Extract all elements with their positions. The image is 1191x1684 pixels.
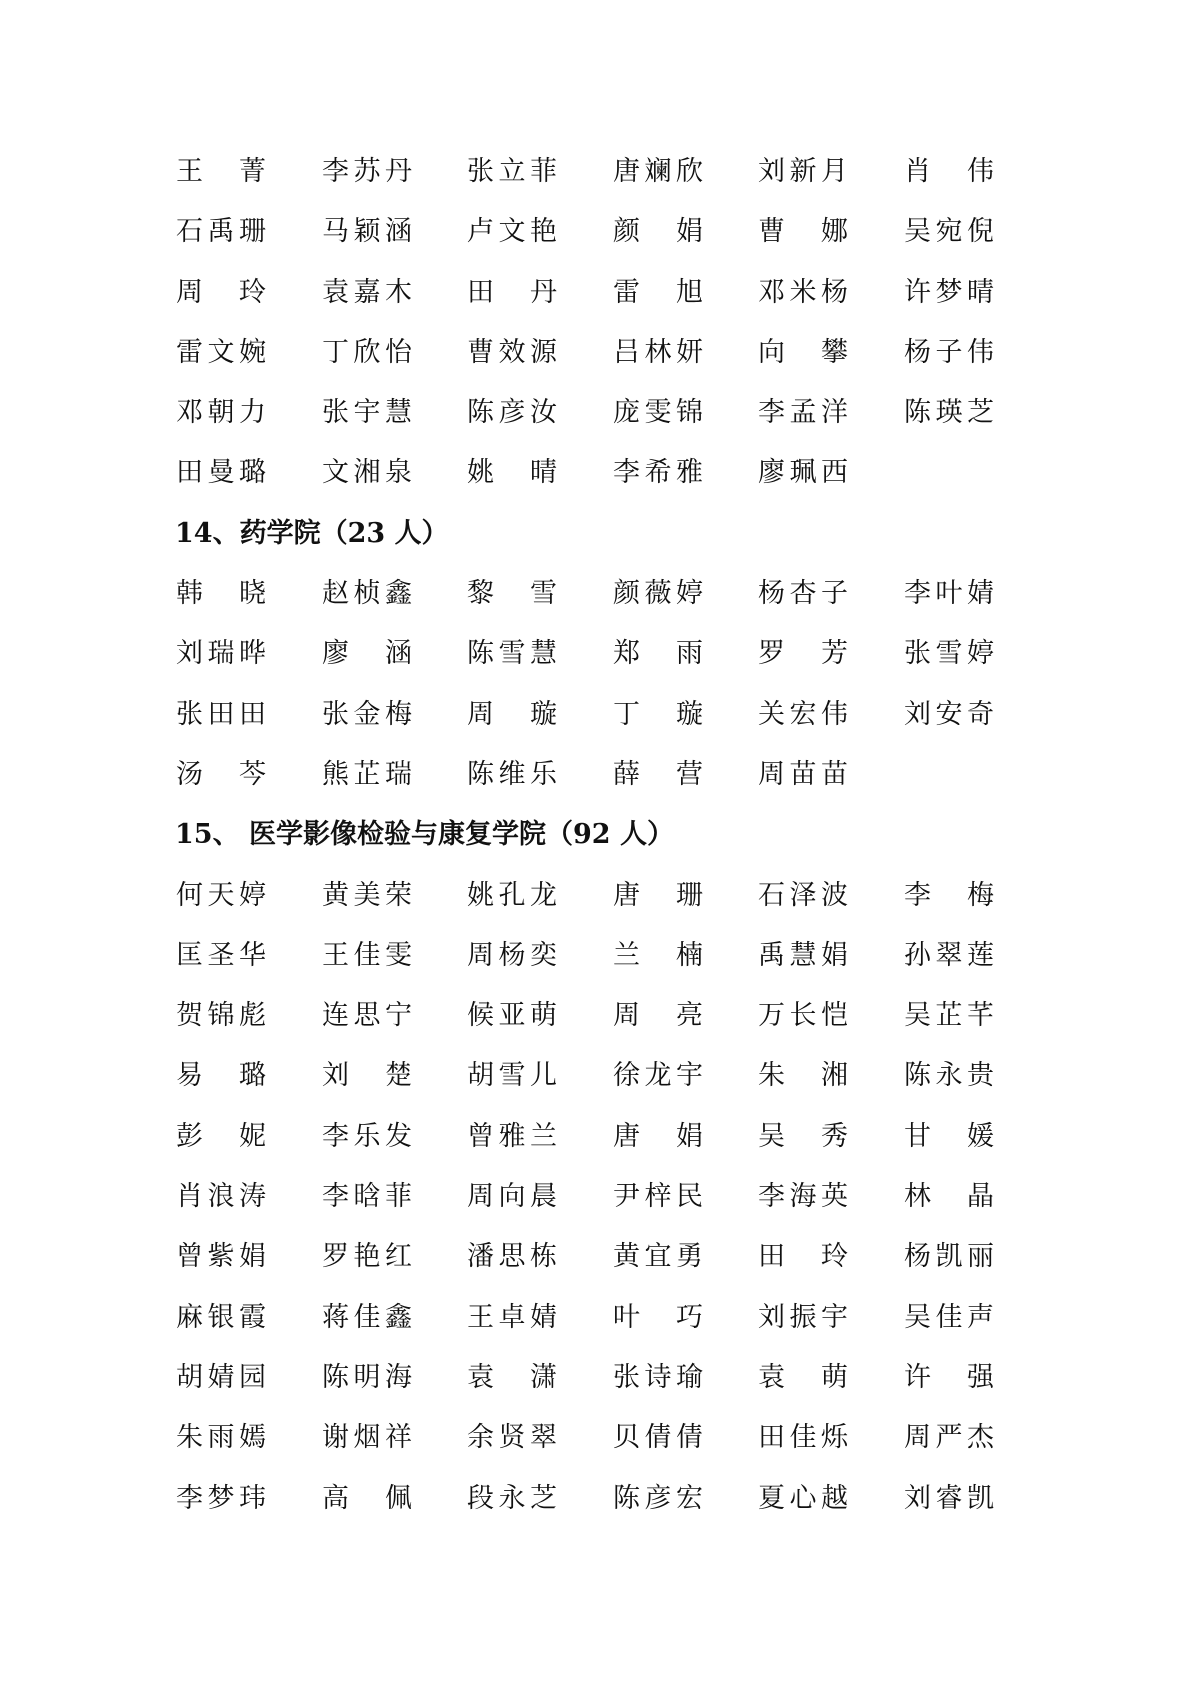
section-0-row: 刘瑞晔廖涵陈雪慧郑雨罗芳张雪婷 xyxy=(175,634,1015,694)
person-name: 吴芷芊 xyxy=(903,996,995,1036)
person-name: 丁欣怡 xyxy=(321,333,413,373)
person-name: 彭妮 xyxy=(175,1117,267,1157)
person-name: 罗艳红 xyxy=(321,1237,413,1277)
person-name: 刘安奇 xyxy=(903,695,995,735)
person-name: 孙翠莲 xyxy=(903,936,995,976)
person-name: 石禹珊 xyxy=(175,212,267,252)
section-0-row: 韩晓赵桢鑫黎雪颜薇婷杨杏子李叶婧 xyxy=(175,574,1015,634)
person-name: 文湘泉 xyxy=(321,453,413,493)
person-name: 肖伟 xyxy=(903,152,995,192)
section-1-row: 贺锦彪连思宁候亚萌周亮万长恺吴芷芊 xyxy=(175,996,1015,1056)
person-name: 张雪婷 xyxy=(903,634,995,674)
section-1-row: 彭妮李乐发曾雅兰唐娟吴秀甘媛 xyxy=(175,1117,1015,1177)
person-name: 陈永贵 xyxy=(903,1056,995,1096)
person-name: 田曼璐 xyxy=(175,453,267,493)
person-name: 邓朝力 xyxy=(175,393,267,433)
continued-section-row: 周玲袁嘉木田丹雷旭邓米杨许梦晴 xyxy=(175,273,1015,333)
person-name: 陈彦宏 xyxy=(612,1479,704,1519)
person-name: 张诗瑜 xyxy=(612,1358,704,1398)
person-name: 李孟洋 xyxy=(757,393,849,433)
person-name: 袁潇 xyxy=(466,1358,558,1398)
continued-section-row: 王菁李苏丹张立菲唐斓欣刘新月肖伟 xyxy=(175,152,1015,212)
person-name: 张金梅 xyxy=(321,695,413,735)
person-name: 曾雅兰 xyxy=(466,1117,558,1157)
person-name: 颜薇婷 xyxy=(612,574,704,614)
person-name: 刘睿凯 xyxy=(903,1479,995,1519)
person-name: 姚晴 xyxy=(466,453,558,493)
section-heading: 14、药学院（23 人） xyxy=(175,514,1015,574)
person-name: 韩晓 xyxy=(175,574,267,614)
continued-section-row: 雷文婉丁欣怡曹效源吕林妍向攀杨子伟 xyxy=(175,333,1015,393)
person-name: 尹梓民 xyxy=(612,1177,704,1217)
person-name: 易璐 xyxy=(175,1056,267,1096)
person-name: 周亮 xyxy=(612,996,704,1036)
section-1-row: 胡婧园陈明海袁潇张诗瑜袁萌许强 xyxy=(175,1358,1015,1418)
person-name: 袁嘉木 xyxy=(321,273,413,313)
person-name: 许强 xyxy=(903,1358,995,1398)
person-name: 汤芩 xyxy=(175,755,267,795)
person-name: 朱湘 xyxy=(757,1056,849,1096)
person-name: 田玲 xyxy=(757,1237,849,1277)
person-name: 姚孔龙 xyxy=(466,876,558,916)
person-name: 李海英 xyxy=(757,1177,849,1217)
person-name: 罗芳 xyxy=(757,634,849,674)
person-name: 肖浪涛 xyxy=(175,1177,267,1217)
section-1-row: 匡圣华王佳雯周杨奕兰楠禹慧娟孙翠莲 xyxy=(175,936,1015,996)
person-name: 陈瑛芝 xyxy=(903,393,995,433)
person-name: 张田田 xyxy=(175,695,267,735)
person-name: 周玲 xyxy=(175,273,267,313)
person-name: 周严杰 xyxy=(903,1418,995,1458)
person-name: 许梦晴 xyxy=(903,273,995,313)
section-heading: 15、 医学影像检验与康复学院（92 人） xyxy=(175,815,1015,875)
person-name: 李苏丹 xyxy=(321,152,413,192)
person-name: 唐珊 xyxy=(612,876,704,916)
person-name: 李乐发 xyxy=(321,1117,413,1157)
person-name: 李梅 xyxy=(903,876,995,916)
person-name: 曹娜 xyxy=(757,212,849,252)
person-name: 吴宛倪 xyxy=(903,212,995,252)
person-name: 王卓婧 xyxy=(466,1298,558,1338)
person-name: 贺锦彪 xyxy=(175,996,267,1036)
person-name: 陈彦汝 xyxy=(466,393,558,433)
person-name: 唐斓欣 xyxy=(612,152,704,192)
person-name: 王佳雯 xyxy=(321,936,413,976)
person-name: 李晗菲 xyxy=(321,1177,413,1217)
person-name: 郑雨 xyxy=(612,634,704,674)
person-name: 廖涵 xyxy=(321,634,413,674)
person-name: 黄美荣 xyxy=(321,876,413,916)
person-name: 周杨奕 xyxy=(466,936,558,976)
person-name: 朱雨嫣 xyxy=(175,1418,267,1458)
person-name: 向攀 xyxy=(757,333,849,373)
person-name: 曾紫娟 xyxy=(175,1237,267,1277)
person-name: 黄宜勇 xyxy=(612,1237,704,1277)
section-0-row: 张田田张金梅周璇丁璇关宏伟刘安奇 xyxy=(175,695,1015,755)
person-name: 陈明海 xyxy=(321,1358,413,1398)
person-name: 张宇慧 xyxy=(321,393,413,433)
continued-section-row: 石禹珊马颖涵卢文艳颜娟曹娜吴宛倪 xyxy=(175,212,1015,272)
person-name: 刘新月 xyxy=(757,152,849,192)
person-name: 李梦玮 xyxy=(175,1479,267,1519)
person-name: 麻银霞 xyxy=(175,1298,267,1338)
person-name: 庞雯锦 xyxy=(612,393,704,433)
person-name: 万长恺 xyxy=(757,996,849,1036)
person-name: 曹效源 xyxy=(466,333,558,373)
person-name: 石泽波 xyxy=(757,876,849,916)
person-name: 禹慧娟 xyxy=(757,936,849,976)
name-list: 王菁李苏丹张立菲唐斓欣刘新月肖伟石禹珊马颖涵卢文艳颜娟曹娜吴宛倪周玲袁嘉木田丹雷… xyxy=(175,152,1015,1539)
person-name: 吴秀 xyxy=(757,1117,849,1157)
section-1-row: 易璐刘楚胡雪儿徐龙宇朱湘陈永贵 xyxy=(175,1056,1015,1116)
person-name: 刘瑞晔 xyxy=(175,634,267,674)
person-name: 潘思栋 xyxy=(466,1237,558,1277)
person-name: 陈雪慧 xyxy=(466,634,558,674)
person-name: 丁璇 xyxy=(612,695,704,735)
person-name: 黎雪 xyxy=(466,574,558,614)
section-1-row: 朱雨嫣谢烟祥余贤翠贝倩倩田佳烁周严杰 xyxy=(175,1418,1015,1478)
person-name: 刘振宇 xyxy=(757,1298,849,1338)
section-1-row: 何天婷黄美荣姚孔龙唐珊石泽波李梅 xyxy=(175,876,1015,936)
person-name: 谢烟祥 xyxy=(321,1418,413,1458)
continued-section-row: 田曼璐文湘泉姚晴李希雅廖珮西 xyxy=(175,453,1015,513)
person-name: 熊芷瑞 xyxy=(321,755,413,795)
person-name: 王菁 xyxy=(175,152,267,192)
person-name: 陈维乐 xyxy=(466,755,558,795)
person-name: 袁萌 xyxy=(757,1358,849,1398)
person-name: 周向晨 xyxy=(466,1177,558,1217)
section-1-row: 曾紫娟罗艳红潘思栋黄宜勇田玲杨凯丽 xyxy=(175,1237,1015,1297)
person-name: 李希雅 xyxy=(612,453,704,493)
person-name: 林晶 xyxy=(903,1177,995,1217)
person-name: 高佩 xyxy=(321,1479,413,1519)
section-1-row: 肖浪涛李晗菲周向晨尹梓民李海英林晶 xyxy=(175,1177,1015,1237)
person-name: 何天婷 xyxy=(175,876,267,916)
person-name: 雷文婉 xyxy=(175,333,267,373)
person-name: 马颖涵 xyxy=(321,212,413,252)
person-name: 卢文艳 xyxy=(466,212,558,252)
person-name: 雷旭 xyxy=(612,273,704,313)
person-name: 夏心越 xyxy=(757,1479,849,1519)
person-name: 余贤翠 xyxy=(466,1418,558,1458)
person-name: 田佳烁 xyxy=(757,1418,849,1458)
person-name: 刘楚 xyxy=(321,1056,413,1096)
person-name: 甘媛 xyxy=(903,1117,995,1157)
person-name: 胡雪儿 xyxy=(466,1056,558,1096)
section-1-row: 李梦玮高佩段永芝陈彦宏夏心越刘睿凯 xyxy=(175,1479,1015,1539)
person-name: 唐娟 xyxy=(612,1117,704,1157)
person-name: 张立菲 xyxy=(466,152,558,192)
person-name: 关宏伟 xyxy=(757,695,849,735)
person-name: 连思宁 xyxy=(321,996,413,1036)
document-page: 王菁李苏丹张立菲唐斓欣刘新月肖伟石禹珊马颖涵卢文艳颜娟曹娜吴宛倪周玲袁嘉木田丹雷… xyxy=(0,0,1191,1684)
section-0-row: 汤芩熊芷瑞陈维乐薛营周苗苗 xyxy=(175,755,1015,815)
person-name: 薛营 xyxy=(612,755,704,795)
person-name: 田丹 xyxy=(466,273,558,313)
person-name: 李叶婧 xyxy=(903,574,995,614)
continued-section-row: 邓朝力张宇慧陈彦汝庞雯锦李孟洋陈瑛芝 xyxy=(175,393,1015,453)
person-name: 赵桢鑫 xyxy=(321,574,413,614)
person-name: 杨子伟 xyxy=(903,333,995,373)
person-name: 吴佳声 xyxy=(903,1298,995,1338)
person-name: 廖珮西 xyxy=(757,453,849,493)
person-name: 段永芝 xyxy=(466,1479,558,1519)
person-name: 贝倩倩 xyxy=(612,1418,704,1458)
person-name: 匡圣华 xyxy=(175,936,267,976)
person-name: 周璇 xyxy=(466,695,558,735)
person-name: 颜娟 xyxy=(612,212,704,252)
person-name: 候亚萌 xyxy=(466,996,558,1036)
person-name: 蒋佳鑫 xyxy=(321,1298,413,1338)
person-name: 周苗苗 xyxy=(757,755,849,795)
person-name: 徐龙宇 xyxy=(612,1056,704,1096)
person-name: 兰楠 xyxy=(612,936,704,976)
person-name: 邓米杨 xyxy=(757,273,849,313)
person-name: 杨杏子 xyxy=(757,574,849,614)
person-name: 叶巧 xyxy=(612,1298,704,1338)
person-name: 杨凯丽 xyxy=(903,1237,995,1277)
person-name: 吕林妍 xyxy=(612,333,704,373)
person-name: 胡婧园 xyxy=(175,1358,267,1398)
section-1-row: 麻银霞蒋佳鑫王卓婧叶巧刘振宇吴佳声 xyxy=(175,1298,1015,1358)
